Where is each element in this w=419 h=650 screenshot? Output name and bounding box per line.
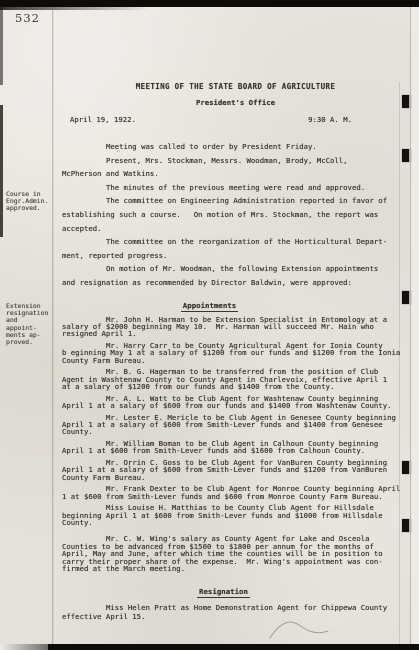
binder-mark <box>402 291 411 304</box>
paragraph: Mr. Harry Carr to be County Agricultural… <box>62 342 409 364</box>
paragraph: Mr. Lester E. Mericle to be Club Agent i… <box>62 414 409 436</box>
binder-mark <box>402 461 411 474</box>
binder-mark <box>402 95 411 108</box>
paragraph: Mr. C. W. Wing's salary as County Agent … <box>62 535 409 572</box>
meeting-time: 9:30 A. M. <box>308 115 352 124</box>
paragraph: Mr. John H. Harman to be Extension Speci… <box>62 316 409 338</box>
paragraph: The committee on the reorganization of t… <box>62 235 409 262</box>
section-heading-appointments: Appointments <box>62 293 409 312</box>
paragraph: Mr. Orrin C. Goss to be Club Agent for V… <box>62 459 409 481</box>
pencil-squiggle-mark <box>268 614 340 644</box>
document-subtitle: President's Office <box>62 98 409 107</box>
paragraph: Mr. A. L. Watt to be Club Agent for Wash… <box>62 395 409 410</box>
paragraph: Present, Mrs. Stockman, Messrs. Woodman,… <box>62 154 409 181</box>
document-body: MEETING OF THE STATE BOARD OF AGRICULTUR… <box>62 0 409 621</box>
meeting-date: April 19, 1922. <box>70 115 136 124</box>
date-row: April 19, 1922. 9:30 A. M. <box>62 115 409 124</box>
paragraph: Mr. William Boman to be Club Agent in Ca… <box>62 440 409 455</box>
section-heading-label: Resignation <box>197 587 250 598</box>
paragraph: Miss Louise H. Matthias to be County Clu… <box>62 504 409 526</box>
appointments-section: Mr. John H. Harman to be Extension Speci… <box>62 316 409 573</box>
paragraph: The committee on Engineering Administrat… <box>62 194 409 235</box>
paragraph: Miss Helen Pratt as Home Demonstration A… <box>62 603 409 621</box>
binder-mark <box>402 149 411 162</box>
paragraph: Meeting was called to order by President… <box>62 140 409 154</box>
margin-rule-line <box>52 10 53 644</box>
scan-edge-left <box>0 7 3 85</box>
document-title: MEETING OF THE STATE BOARD OF AGRICULTUR… <box>62 82 409 91</box>
page-number: 532 <box>15 11 40 25</box>
paragraph: Mr. Frank Dexter to be Club Agent for Mo… <box>62 485 409 500</box>
scan-edge-bottom-fade <box>0 644 48 650</box>
binder-mark <box>402 519 411 532</box>
scan-edge-left <box>0 105 3 237</box>
next-page-edge <box>410 7 419 644</box>
section-heading-label: Appointments <box>181 301 238 312</box>
margin-note-course-approved: Course in Engr.Admin. approved. <box>6 191 52 213</box>
resignation-section: Miss Helen Pratt as Home Demonstration A… <box>62 603 409 621</box>
paragraph: On motion of Mr. Woodman, the following … <box>62 262 409 289</box>
margin-note-extension-approved: Extension resignation and appoint- ments… <box>6 303 52 346</box>
scan-edge-bottom <box>48 644 419 650</box>
scanned-document-page: 532 Course in Engr.Admin. approved. Exte… <box>0 0 419 650</box>
paragraph: The minutes of the previous meeting were… <box>62 181 409 195</box>
section-heading-resignation: Resignation <box>62 579 409 598</box>
opening-minutes: Meeting was called to order by President… <box>62 140 409 290</box>
paragraph: Mr. B. G. Hagerman to be transferred fro… <box>62 368 409 390</box>
